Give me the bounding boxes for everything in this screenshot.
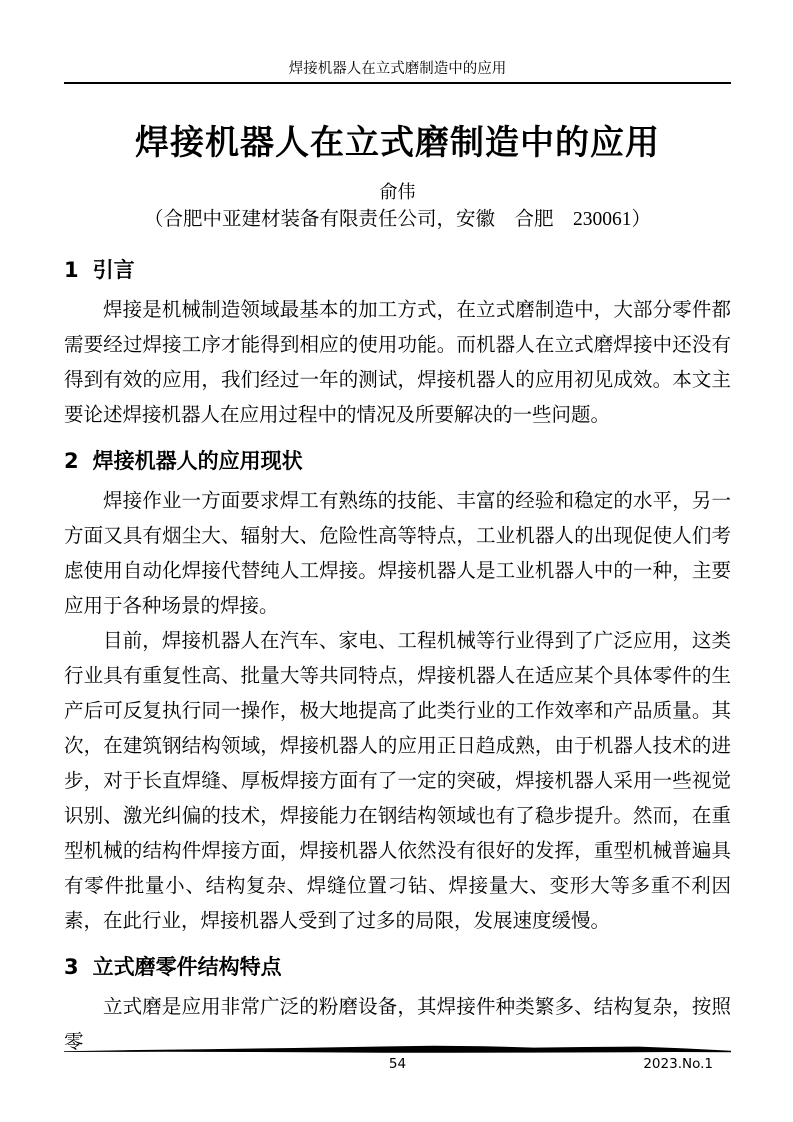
affiliation: （合肥中亚建材装备有限责任公司，安徽 合肥 230061） — [64, 207, 731, 233]
paragraph: 焊接作业一方面要求焊工有熟练的技能、丰富的经验和稳定的水平，另一方面又具有烟尘大… — [64, 484, 731, 624]
issue-label: 2023.No.1 — [643, 1055, 713, 1073]
paragraph: 目前，焊接机器人在汽车、家电、工程机械等行业得到了广泛应用，这类行业具有重复性高… — [64, 624, 731, 939]
section-heading: 2焊接机器人的应用现状 — [64, 448, 731, 475]
section-title: 焊接机器人的应用现状 — [93, 449, 303, 473]
page-number: 54 — [389, 1055, 406, 1073]
document-page: 焊接机器人在立式磨制造中的应用 焊接机器人在立式磨制造中的应用 俞伟 （合肥中亚… — [0, 0, 793, 1122]
page-footer: 54 2023.No.1 — [64, 1044, 731, 1075]
section-application-status: 2焊接机器人的应用现状 焊接作业一方面要求焊工有熟练的技能、丰富的经验和稳定的水… — [64, 448, 731, 939]
section-heading: 3立式磨零件结构特点 — [64, 954, 731, 981]
section-title: 引言 — [93, 258, 135, 282]
paragraph: 焊接是机械制造领域最基本的加工方式，在立式磨制造中，大部分零件都需要经过焊接工序… — [64, 293, 731, 433]
footer-row: 54 2023.No.1 — [64, 1055, 731, 1075]
footer-rule-ornament — [64, 1044, 731, 1054]
running-head: 焊接机器人在立式磨制造中的应用 — [64, 60, 731, 78]
section-number: 2 — [64, 449, 79, 473]
article-body: 焊接机器人在立式磨制造中的应用 俞伟 （合肥中亚建材装备有限责任公司，安徽 合肥… — [64, 84, 731, 1060]
section-number: 3 — [64, 955, 79, 979]
section-heading: 1引言 — [64, 257, 731, 284]
page-header: 焊接机器人在立式磨制造中的应用 — [64, 60, 731, 84]
author: 俞伟 — [64, 181, 731, 203]
section-title: 立式磨零件结构特点 — [93, 955, 282, 979]
page-title: 焊接机器人在立式磨制造中的应用 — [64, 122, 731, 164]
section-number: 1 — [64, 258, 79, 282]
section-introduction: 1引言 焊接是机械制造领域最基本的加工方式，在立式磨制造中，大部分零件都需要经过… — [64, 257, 731, 433]
